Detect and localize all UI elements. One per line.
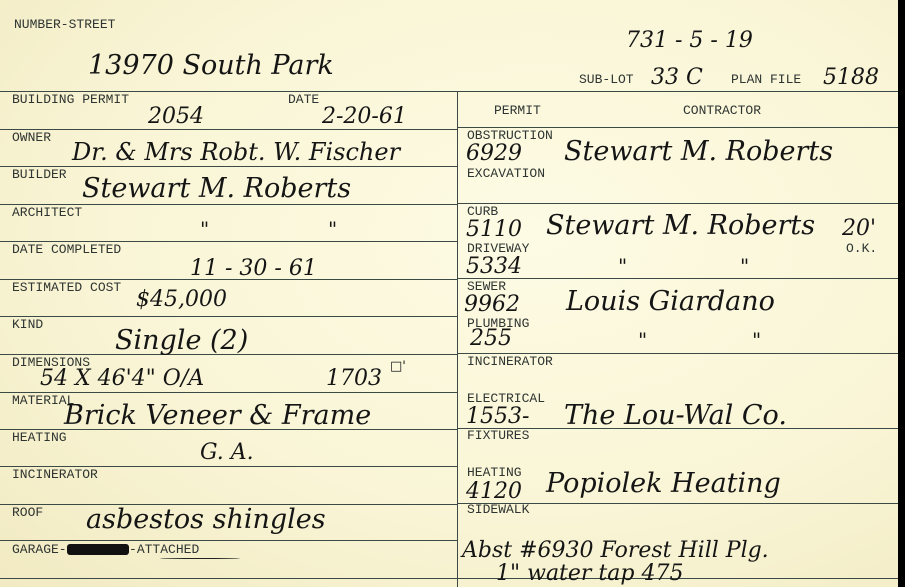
sub-lot-label: SUB-LOT (579, 73, 634, 86)
owner-value: Dr. & Mrs Robt. W. Fischer (72, 140, 400, 164)
dimensions-area: 1703 (326, 368, 382, 390)
heating-permit-label: HEATING (467, 466, 522, 479)
permit-column-header: PERMIT (494, 104, 541, 117)
note-line: 1" water tap 475 (496, 563, 683, 585)
sidewalk-label: SIDEWALK (467, 503, 529, 516)
number-street-label: NUMBER-STREET (14, 18, 115, 31)
driveway-ok-label: O.K. (846, 242, 877, 255)
material-value: Brick Veneer & Frame (64, 402, 371, 429)
garage-struck-option: DETACHED (67, 544, 129, 555)
estimated-cost-label: ESTIMATED COST (12, 281, 121, 294)
garage-attached-option: -ATTACHED (129, 542, 199, 557)
rule-line (0, 166, 457, 167)
curb-contractor: Stewart M. Roberts (546, 212, 815, 239)
heating-permit: 4120 (466, 481, 522, 503)
dimensions-value: 54 X 46'4" O/A (40, 368, 204, 390)
note-line: Abst #6930 Forest Hill Plg. (462, 540, 769, 562)
address-value: 13970 South Park (88, 52, 334, 79)
heating-label: HEATING (12, 431, 67, 444)
rule-line (0, 91, 898, 92)
plumbing-permit: 255 (470, 328, 512, 350)
driveway-ditto: " (740, 256, 749, 276)
electrical-contractor: The Lou-Wal Co. (564, 402, 787, 429)
sub-lot-value: 33 C (651, 67, 703, 89)
parcel-number: 731 - 5 - 19 (626, 30, 753, 52)
obstruction-contractor: Stewart M. Roberts (564, 138, 833, 165)
date-value: 2-20-61 (322, 106, 407, 128)
building-permit-label: BUILDING PERMIT (12, 93, 129, 106)
driveway-permit: 5334 (466, 256, 522, 278)
architect-label: ARCHITECT (12, 206, 82, 219)
sewer-permit: 9962 (464, 294, 520, 316)
plan-file-label: PLAN FILE (731, 73, 801, 86)
heating-value: G. A. (200, 442, 254, 464)
plumbing-ditto: " (638, 330, 647, 350)
rule-line (457, 203, 898, 204)
rule-line (457, 278, 898, 279)
attached-underline (160, 558, 240, 559)
rule-line (0, 129, 457, 130)
roof-value: asbestos shingles (86, 506, 326, 533)
fixtures-label: FIXTURES (467, 429, 529, 442)
builder-label: BUILDER (12, 168, 67, 181)
curb-permit: 5110 (466, 219, 522, 241)
driveway-ditto: " (618, 256, 627, 276)
architect-ditto: " (328, 219, 337, 239)
incinerator-label: INCINERATOR (12, 468, 98, 481)
date-label: DATE (288, 93, 319, 106)
date-completed-label: DATE COMPLETED (12, 243, 121, 256)
kind-label: KIND (12, 318, 43, 331)
rule-line (0, 578, 898, 579)
kind-value: Single (2) (115, 327, 248, 354)
plumbing-ditto: " (752, 330, 761, 350)
heating-contractor: Popiolek Heating (546, 470, 781, 497)
square-feet-symbol: □' (390, 360, 406, 373)
garage-label: GARAGE-DETACHED-ATTACHED (12, 543, 199, 556)
permit-index-card: NUMBER-STREET 13970 South Park 731 - 5 -… (0, 0, 898, 587)
building-permit-value: 2054 (148, 106, 204, 128)
rule-line (0, 316, 457, 317)
curb-note: 20' (842, 218, 876, 240)
rule-line (0, 540, 457, 541)
electrical-permit: 1553- (466, 406, 529, 428)
column-divider (457, 91, 458, 587)
garage-prefix: GARAGE- (12, 542, 67, 557)
owner-label: OWNER (12, 131, 51, 144)
incinerator-permit-label: INCINERATOR (467, 355, 553, 368)
architect-ditto: " (200, 219, 209, 239)
builder-value: Stewart M. Roberts (82, 175, 351, 202)
obstruction-permit: 6929 (466, 143, 522, 165)
estimated-cost-value: $45,000 (136, 289, 227, 311)
plan-file-value: 5188 (823, 67, 879, 89)
roof-label: ROOF (12, 506, 43, 519)
contractor-column-header: CONTRACTOR (683, 104, 761, 117)
date-completed-value: 11 - 30 - 61 (190, 258, 317, 280)
sewer-contractor: Louis Giardano (566, 288, 775, 315)
excavation-label: EXCAVATION (467, 167, 545, 180)
